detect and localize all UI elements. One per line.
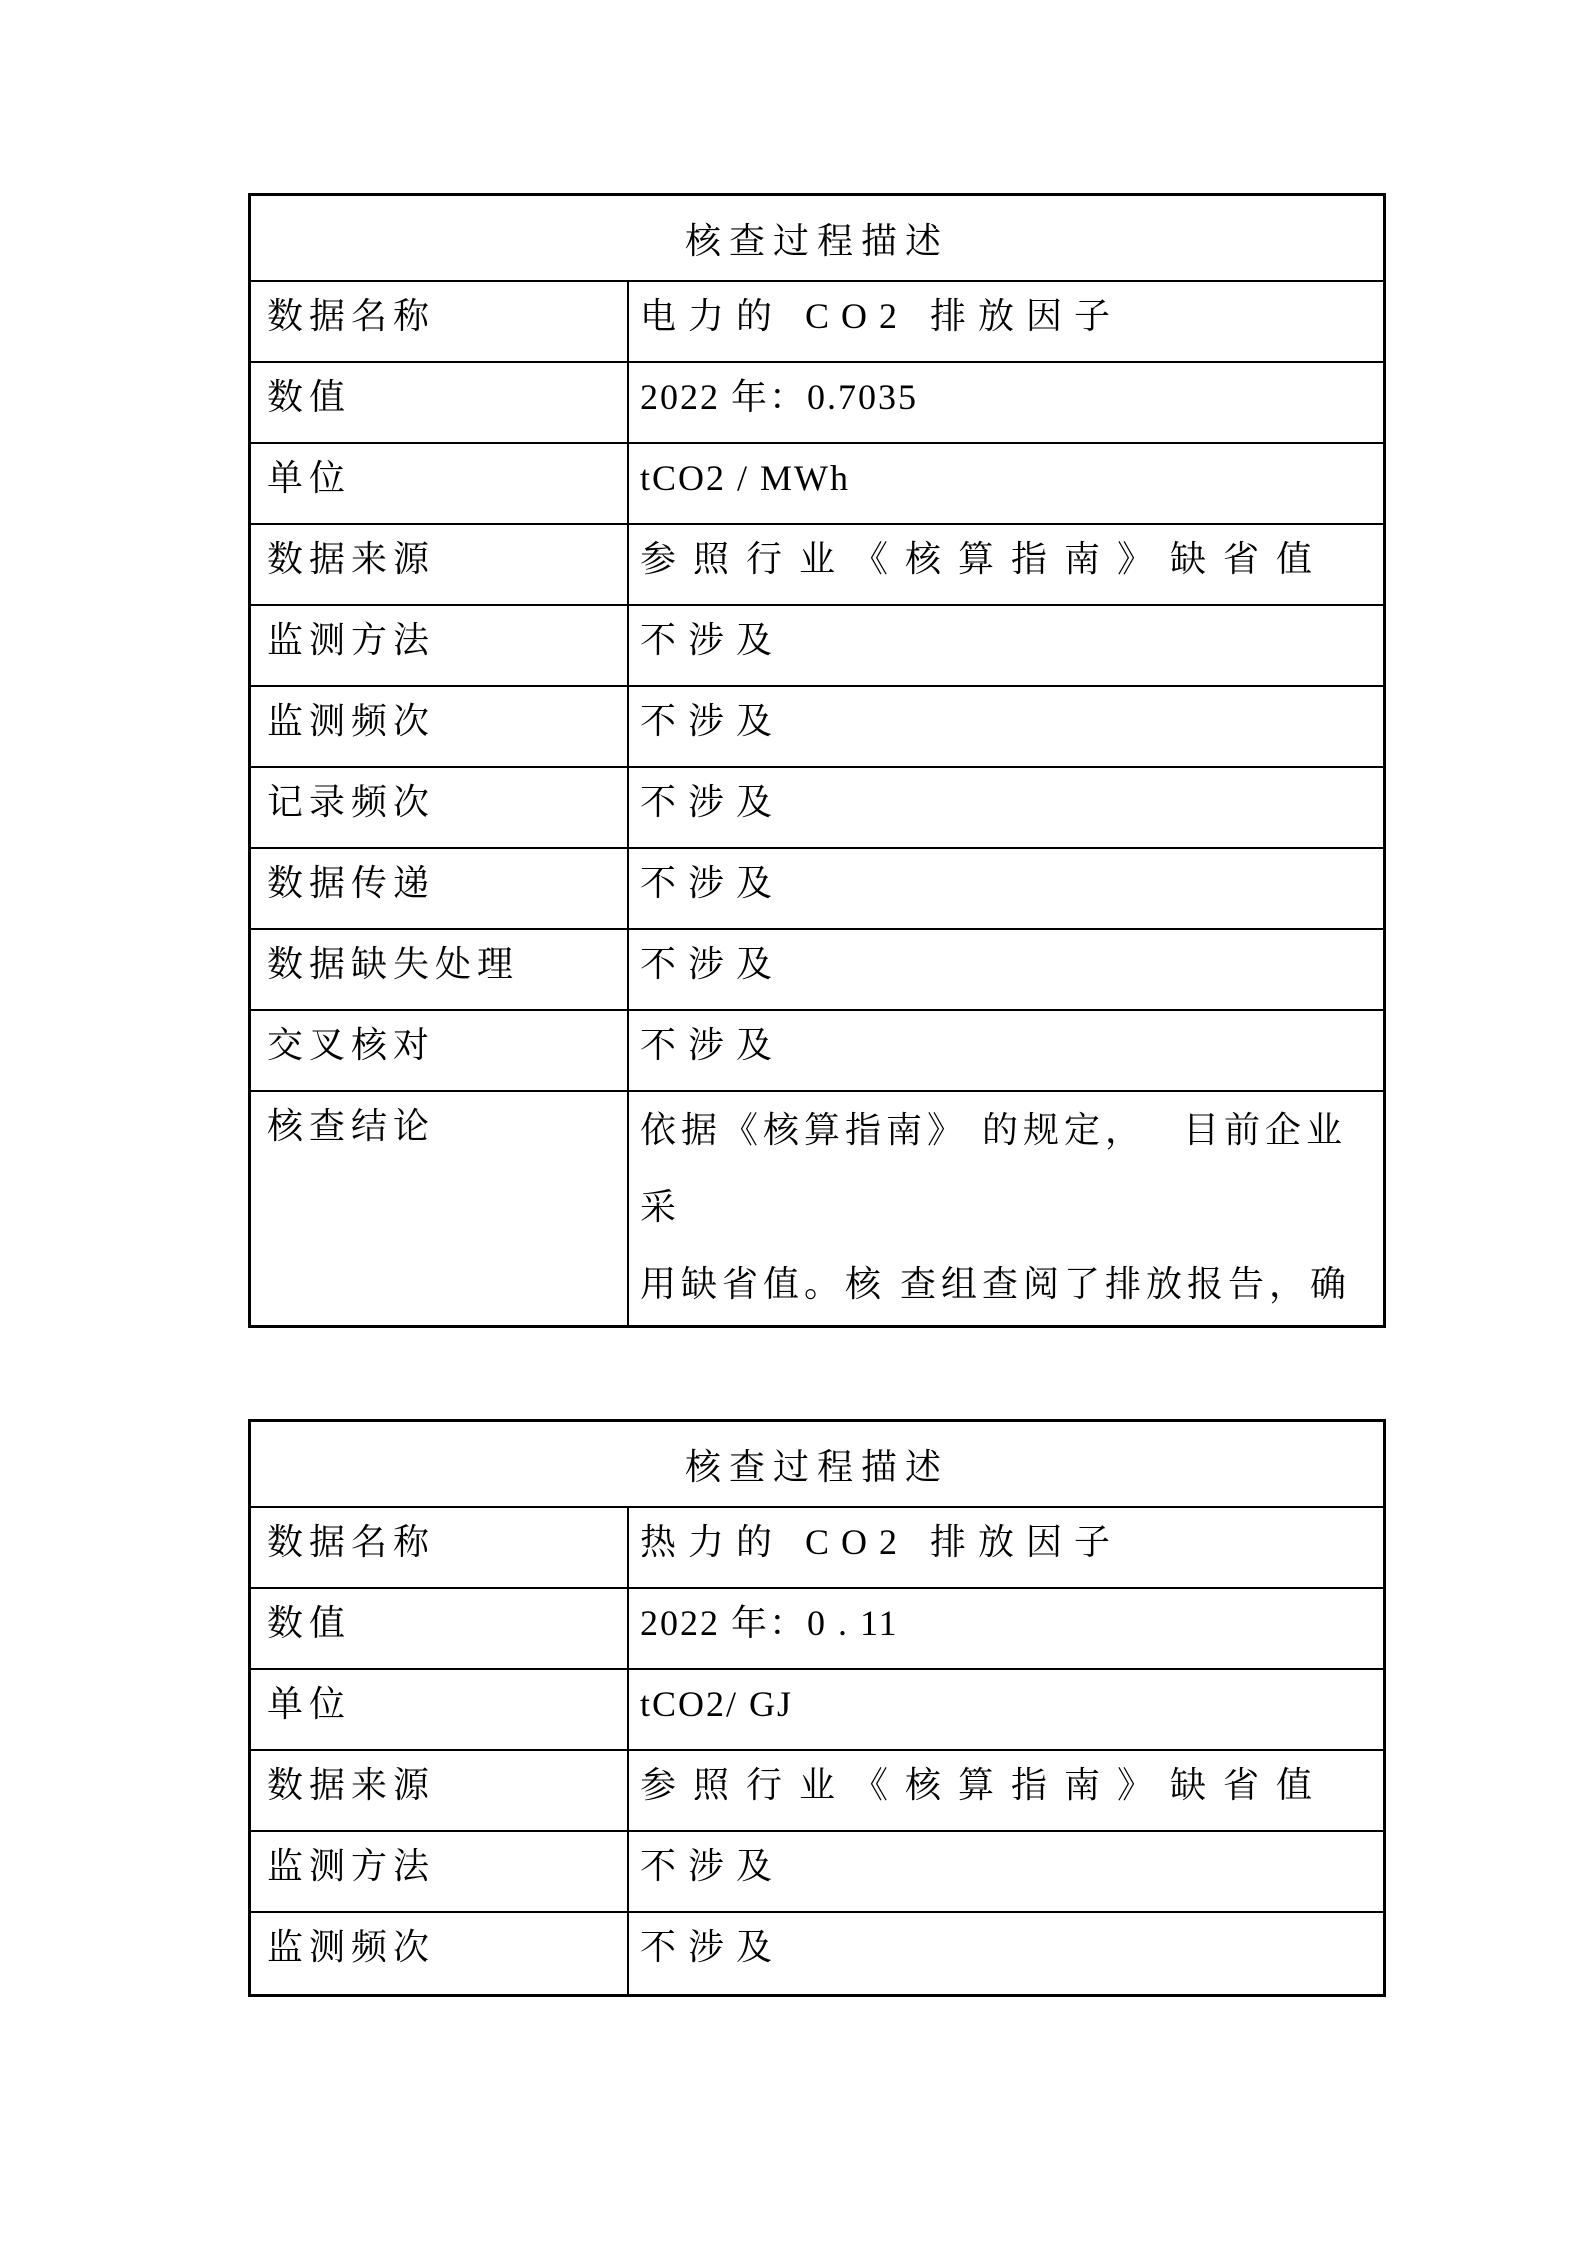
row-label-cell: 交叉核对	[251, 1011, 629, 1090]
row-value-cell: 不涉及	[629, 849, 1383, 928]
table-row: 数据传递 不涉及	[251, 849, 1383, 930]
table-row: 数值 2022 年：0.7035	[251, 363, 1383, 444]
table-row: 监测方法 不涉及	[251, 1832, 1383, 1913]
row-value-cell: 不涉及	[629, 930, 1383, 1009]
row-label-cell: 数据来源	[251, 525, 629, 604]
row-value-cell: 不涉及	[629, 1832, 1383, 1911]
table-title: 核查过程描述	[251, 1422, 1383, 1508]
row-label-cell: 监测方法	[251, 1832, 629, 1911]
conclusion-line: 用缺省值。核 查组查阅了排放报告，确	[640, 1246, 1375, 1323]
table-row: 监测频次 不涉及	[251, 687, 1383, 768]
table-row: 监测方法 不涉及	[251, 606, 1383, 687]
row-label-cell: 数据名称	[251, 282, 629, 361]
row-value-cell: 2022 年：0 . 11	[629, 1589, 1383, 1668]
verification-table-electricity: 核查过程描述 数据名称 电力的 CO2 排放因子 数值 2022 年：0.703…	[248, 193, 1386, 1328]
row-value-cell: tCO2 / MWh	[629, 444, 1383, 523]
row-label-cell: 记录频次	[251, 768, 629, 847]
row-value-cell: 不涉及	[629, 687, 1383, 766]
row-value-cell: 不涉及	[629, 1913, 1383, 1994]
row-value-cell: 不涉及	[629, 768, 1383, 847]
table-row: 数值 2022 年：0 . 11	[251, 1589, 1383, 1670]
table-row: 记录频次 不涉及	[251, 768, 1383, 849]
table-row: 数据来源 参照行业《核算指南》缺省值	[251, 525, 1383, 606]
table-row: 单位 tCO2/ GJ	[251, 1670, 1383, 1751]
row-label-cell: 监测方法	[251, 606, 629, 685]
row-label-cell: 数值	[251, 363, 629, 442]
row-value-cell: 电力的 CO2 排放因子	[629, 282, 1383, 361]
row-value-cell: 依据《核算指南》 的规定， 目前企业采用缺省值。核 查组查阅了排放报告，确认该数…	[629, 1092, 1383, 1325]
row-label-cell: 单位	[251, 1670, 629, 1749]
conclusion-line: 依据《核算指南》 的规定， 目前企业采	[640, 1092, 1375, 1246]
table-row: 单位 tCO2 / MWh	[251, 444, 1383, 525]
table-row: 数据名称 电力的 CO2 排放因子	[251, 282, 1383, 363]
table-row: 交叉核对 不涉及	[251, 1011, 1383, 1092]
row-label-cell: 核查结论	[251, 1092, 629, 1325]
row-value-cell: 参照行业《核算指南》缺省值	[629, 1751, 1383, 1830]
row-value-cell: 热力的 CO2 排放因子	[629, 1508, 1383, 1587]
row-label-cell: 数据传递	[251, 849, 629, 928]
conclusion-line: 认该数据准确、合理。	[640, 1323, 1375, 1325]
table-body: 数据名称 电力的 CO2 排放因子 数值 2022 年：0.7035 单位 tC…	[251, 282, 1383, 1325]
row-value-cell: 2022 年：0.7035	[629, 363, 1383, 442]
verification-table-heat: 核查过程描述 数据名称 热力的 CO2 排放因子 数值 2022 年：0 . 1…	[248, 1419, 1386, 1997]
row-label-cell: 数值	[251, 1589, 629, 1668]
table-title: 核查过程描述	[251, 196, 1383, 282]
table-row: 监测频次 不涉及	[251, 1913, 1383, 1994]
row-value-cell: tCO2/ GJ	[629, 1670, 1383, 1749]
row-label-cell: 数据来源	[251, 1751, 629, 1830]
table-row: 数据名称 热力的 CO2 排放因子	[251, 1508, 1383, 1589]
table-row: 核查结论 依据《核算指南》 的规定， 目前企业采用缺省值。核 查组查阅了排放报告…	[251, 1092, 1383, 1325]
table-row: 数据来源 参照行业《核算指南》缺省值	[251, 1751, 1383, 1832]
row-label-cell: 数据缺失处理	[251, 930, 629, 1009]
row-label-cell: 监测频次	[251, 1913, 629, 1994]
row-label-cell: 单位	[251, 444, 629, 523]
row-label-cell: 数据名称	[251, 1508, 629, 1587]
table-row: 数据缺失处理 不涉及	[251, 930, 1383, 1011]
row-value-cell: 不涉及	[629, 606, 1383, 685]
row-label-cell: 监测频次	[251, 687, 629, 766]
table-body: 数据名称 热力的 CO2 排放因子 数值 2022 年：0 . 11 单位 tC…	[251, 1508, 1383, 1994]
row-value-cell: 参照行业《核算指南》缺省值	[629, 525, 1383, 604]
document-page: 核查过程描述 数据名称 电力的 CO2 排放因子 数值 2022 年：0.703…	[0, 0, 1587, 2245]
row-value-cell: 不涉及	[629, 1011, 1383, 1090]
